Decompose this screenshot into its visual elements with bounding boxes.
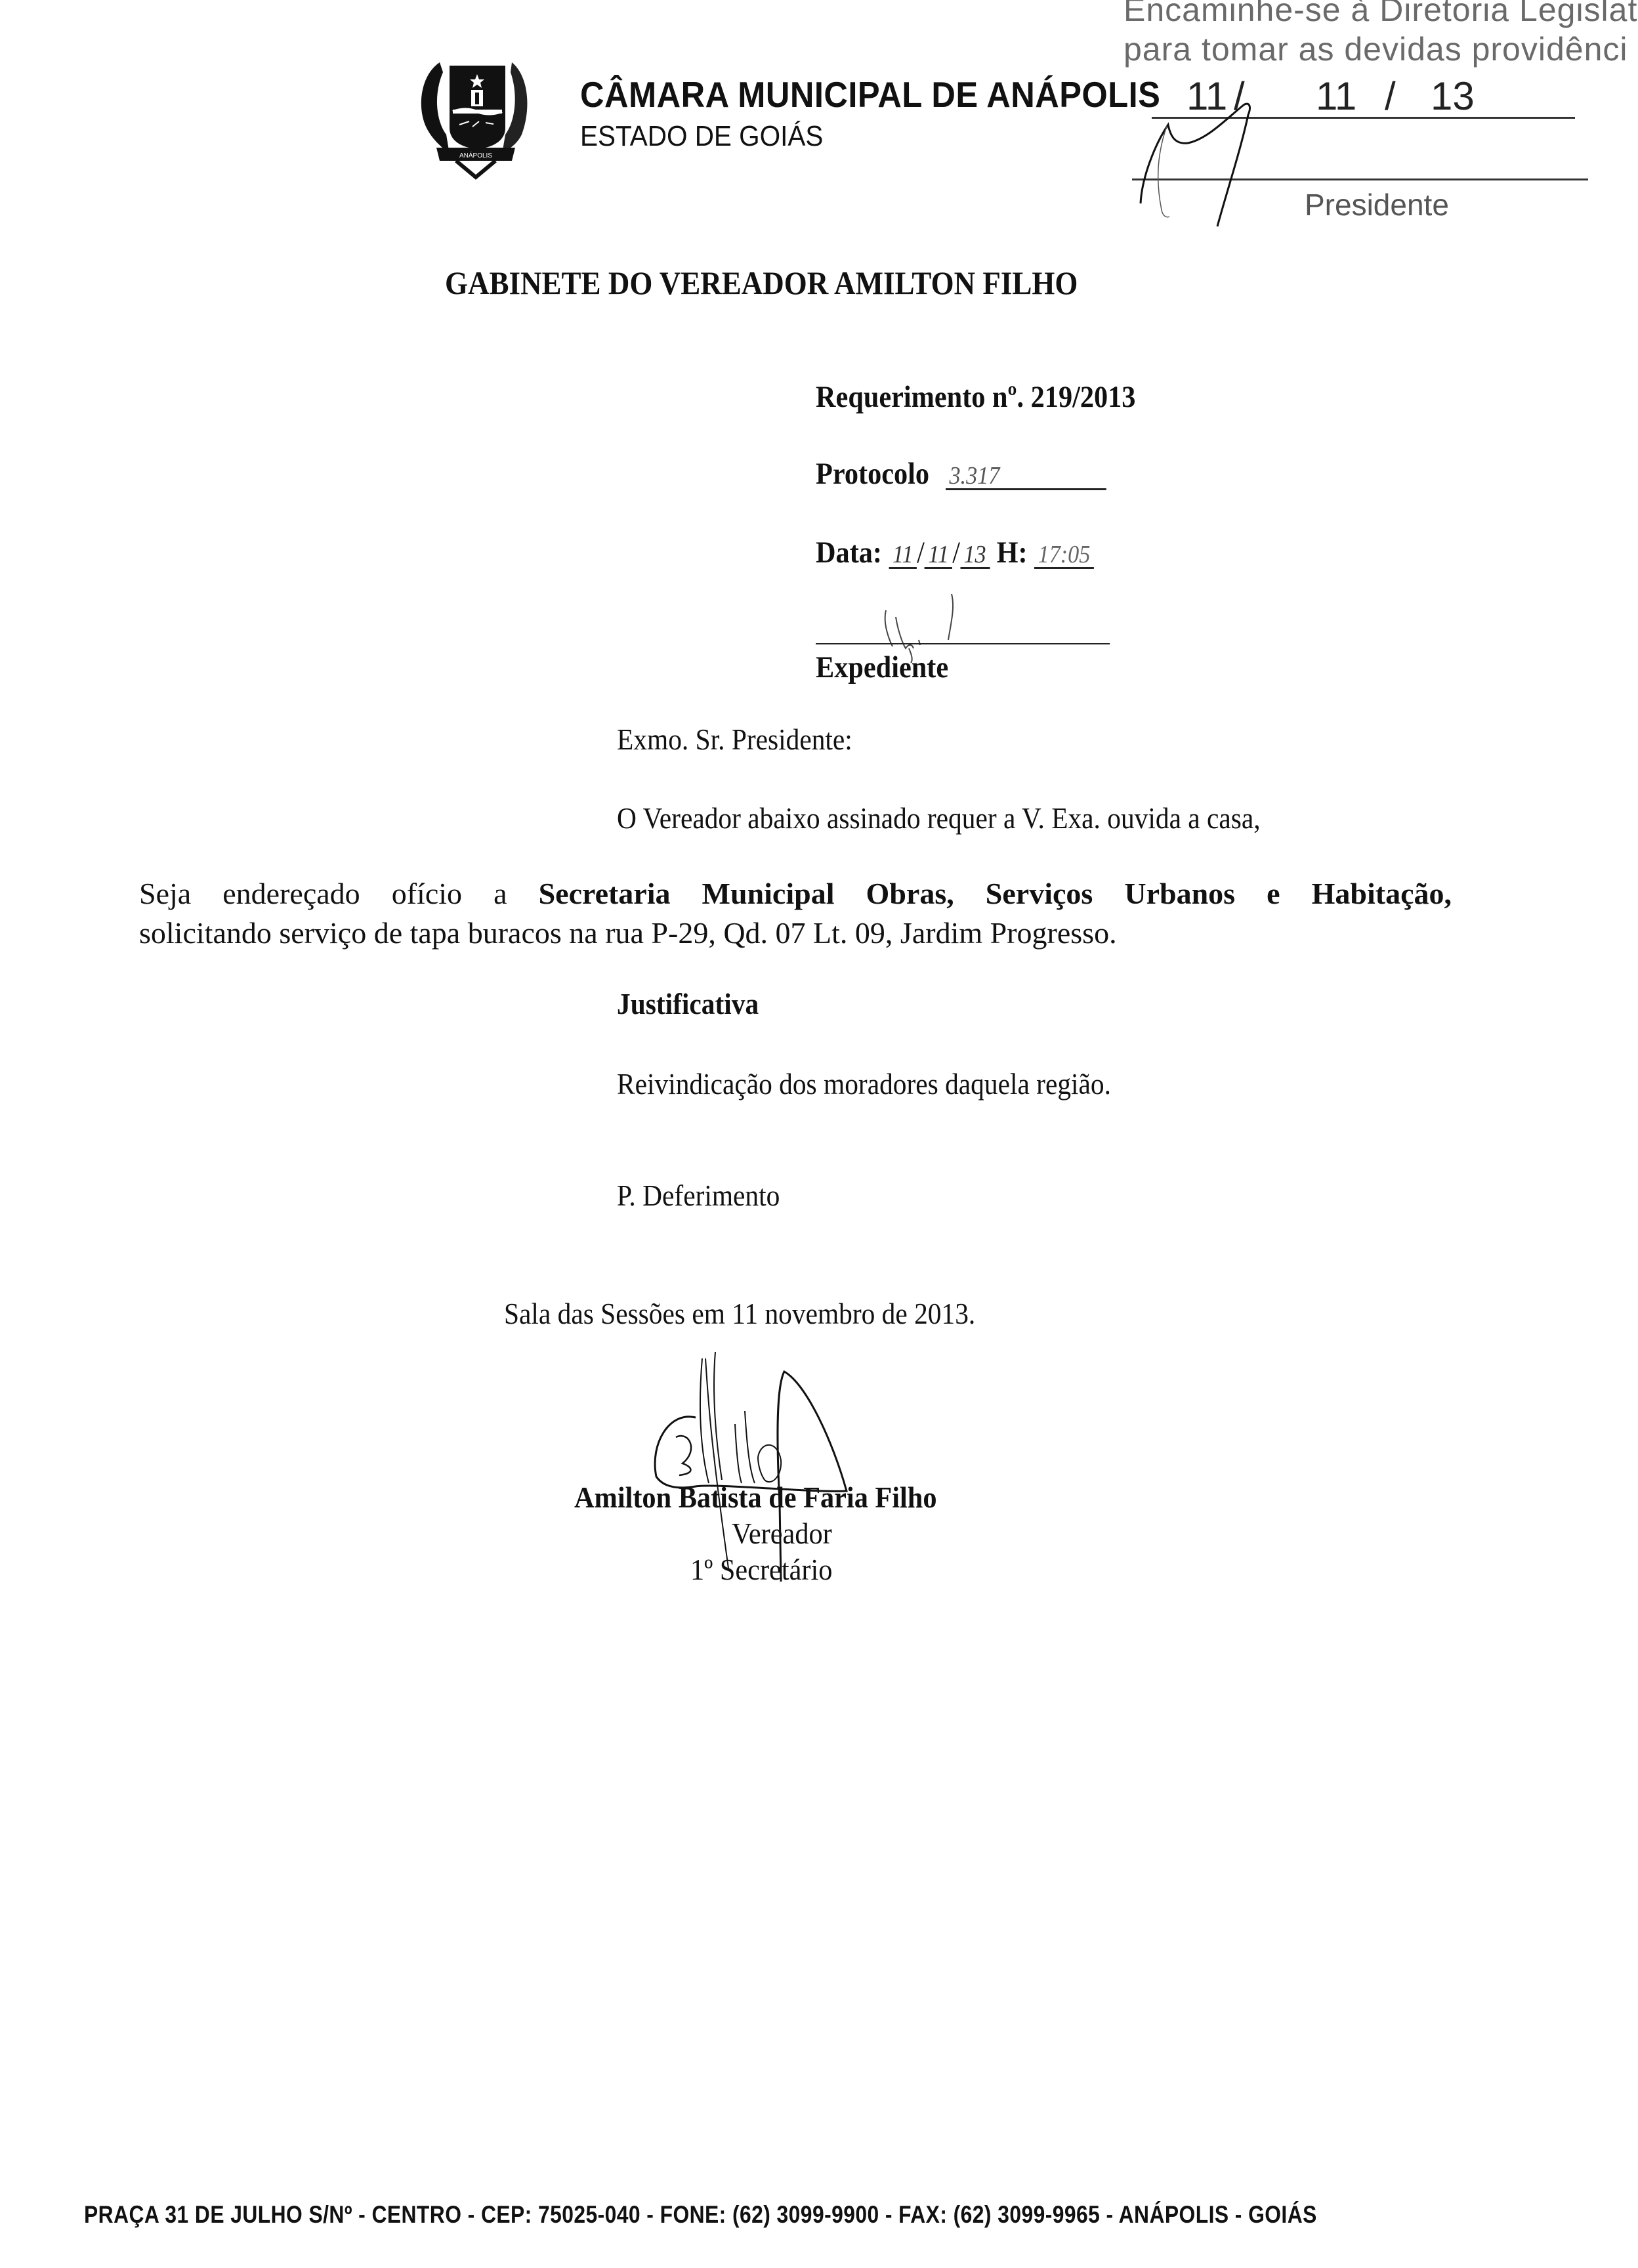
footer-address: PRAÇA 31 DE JULHO S/Nº - CENTRO - CEP: 7… <box>84 2201 1317 2229</box>
request-line-1: Seja endereçado ofício a Secretaria Muni… <box>139 874 1452 913</box>
intro-text: O Vereador abaixo assinado requer a V. E… <box>617 801 1261 835</box>
signatory-role: Vereador <box>732 1516 832 1551</box>
expediente-signature-rule <box>816 643 1110 644</box>
protocolo-label: Protocolo <box>816 457 929 491</box>
closing-text: P. Deferimento <box>617 1178 780 1213</box>
justification-text: Reivindicação dos moradores daquela regi… <box>617 1066 1111 1101</box>
protocolo-row: Protocolo 3.317 <box>816 456 1106 492</box>
requerimento-number: Requerimento nº. 219/2013 <box>816 379 1135 415</box>
stamp-line-1: Encaminhe-se à Diretoria Legislat <box>1123 0 1637 29</box>
coat-of-arms-icon: ANÁPOLIS <box>413 49 538 180</box>
hora-value: 17:05 <box>1034 542 1094 569</box>
signatory-name: Amilton Batista de Faria Filho <box>574 1480 937 1515</box>
svg-text:ANÁPOLIS: ANÁPOLIS <box>459 151 492 159</box>
stamp-line-2: para tomar as devidas providênci <box>1123 30 1628 68</box>
data-row: Data: 11/11/13 H: 17:05 <box>816 535 1094 570</box>
protocolo-value: 3.317 <box>946 463 1106 490</box>
stamp-date-sep-2: / <box>1385 73 1396 119</box>
stamp-date-sep-1: / <box>1234 73 1245 119</box>
stamp-signature-rule <box>1132 178 1588 180</box>
request-line-2: solicitando serviço de tapa buracos na r… <box>139 913 1452 953</box>
data-month: 11 <box>925 542 952 569</box>
signatory-position: 1º Secretário <box>690 1552 832 1587</box>
stamp-date-month: 11 <box>1316 73 1356 119</box>
stamp-date-rule <box>1152 117 1575 119</box>
hora-label: H: <box>997 535 1028 570</box>
justification-heading: Justificativa <box>617 986 759 1021</box>
state-name: ESTADO DE GOIÁS <box>580 120 823 153</box>
coat-of-arms-logo: ANÁPOLIS <box>413 49 538 180</box>
data-day: 11 <box>889 542 917 569</box>
salutation: Exmo. Sr. Presidente: <box>617 722 852 757</box>
data-label: Data: <box>816 535 882 570</box>
office-title: GABINETE DO VEREADOR AMILTON FILHO <box>445 264 1078 302</box>
expediente-label: Expediente <box>816 650 948 685</box>
institution-name: CÂMARA MUNICIPAL DE ANÁPOLIS <box>580 73 1160 115</box>
stamp-date-day: 11 <box>1186 73 1227 119</box>
stamp-president-label: Presidente <box>1305 187 1449 222</box>
place-date: Sala das Sessões em 11 novembro de 2013. <box>504 1296 975 1331</box>
stamp-date-year: 13 <box>1431 73 1475 119</box>
request-paragraph: Seja endereçado ofício a Secretaria Muni… <box>139 874 1452 953</box>
data-year: 13 <box>960 542 990 569</box>
request-recipient: Secretaria Municipal Obras, Serviços Urb… <box>539 877 1452 910</box>
request-prefix: Seja endereçado ofício a <box>139 877 539 910</box>
